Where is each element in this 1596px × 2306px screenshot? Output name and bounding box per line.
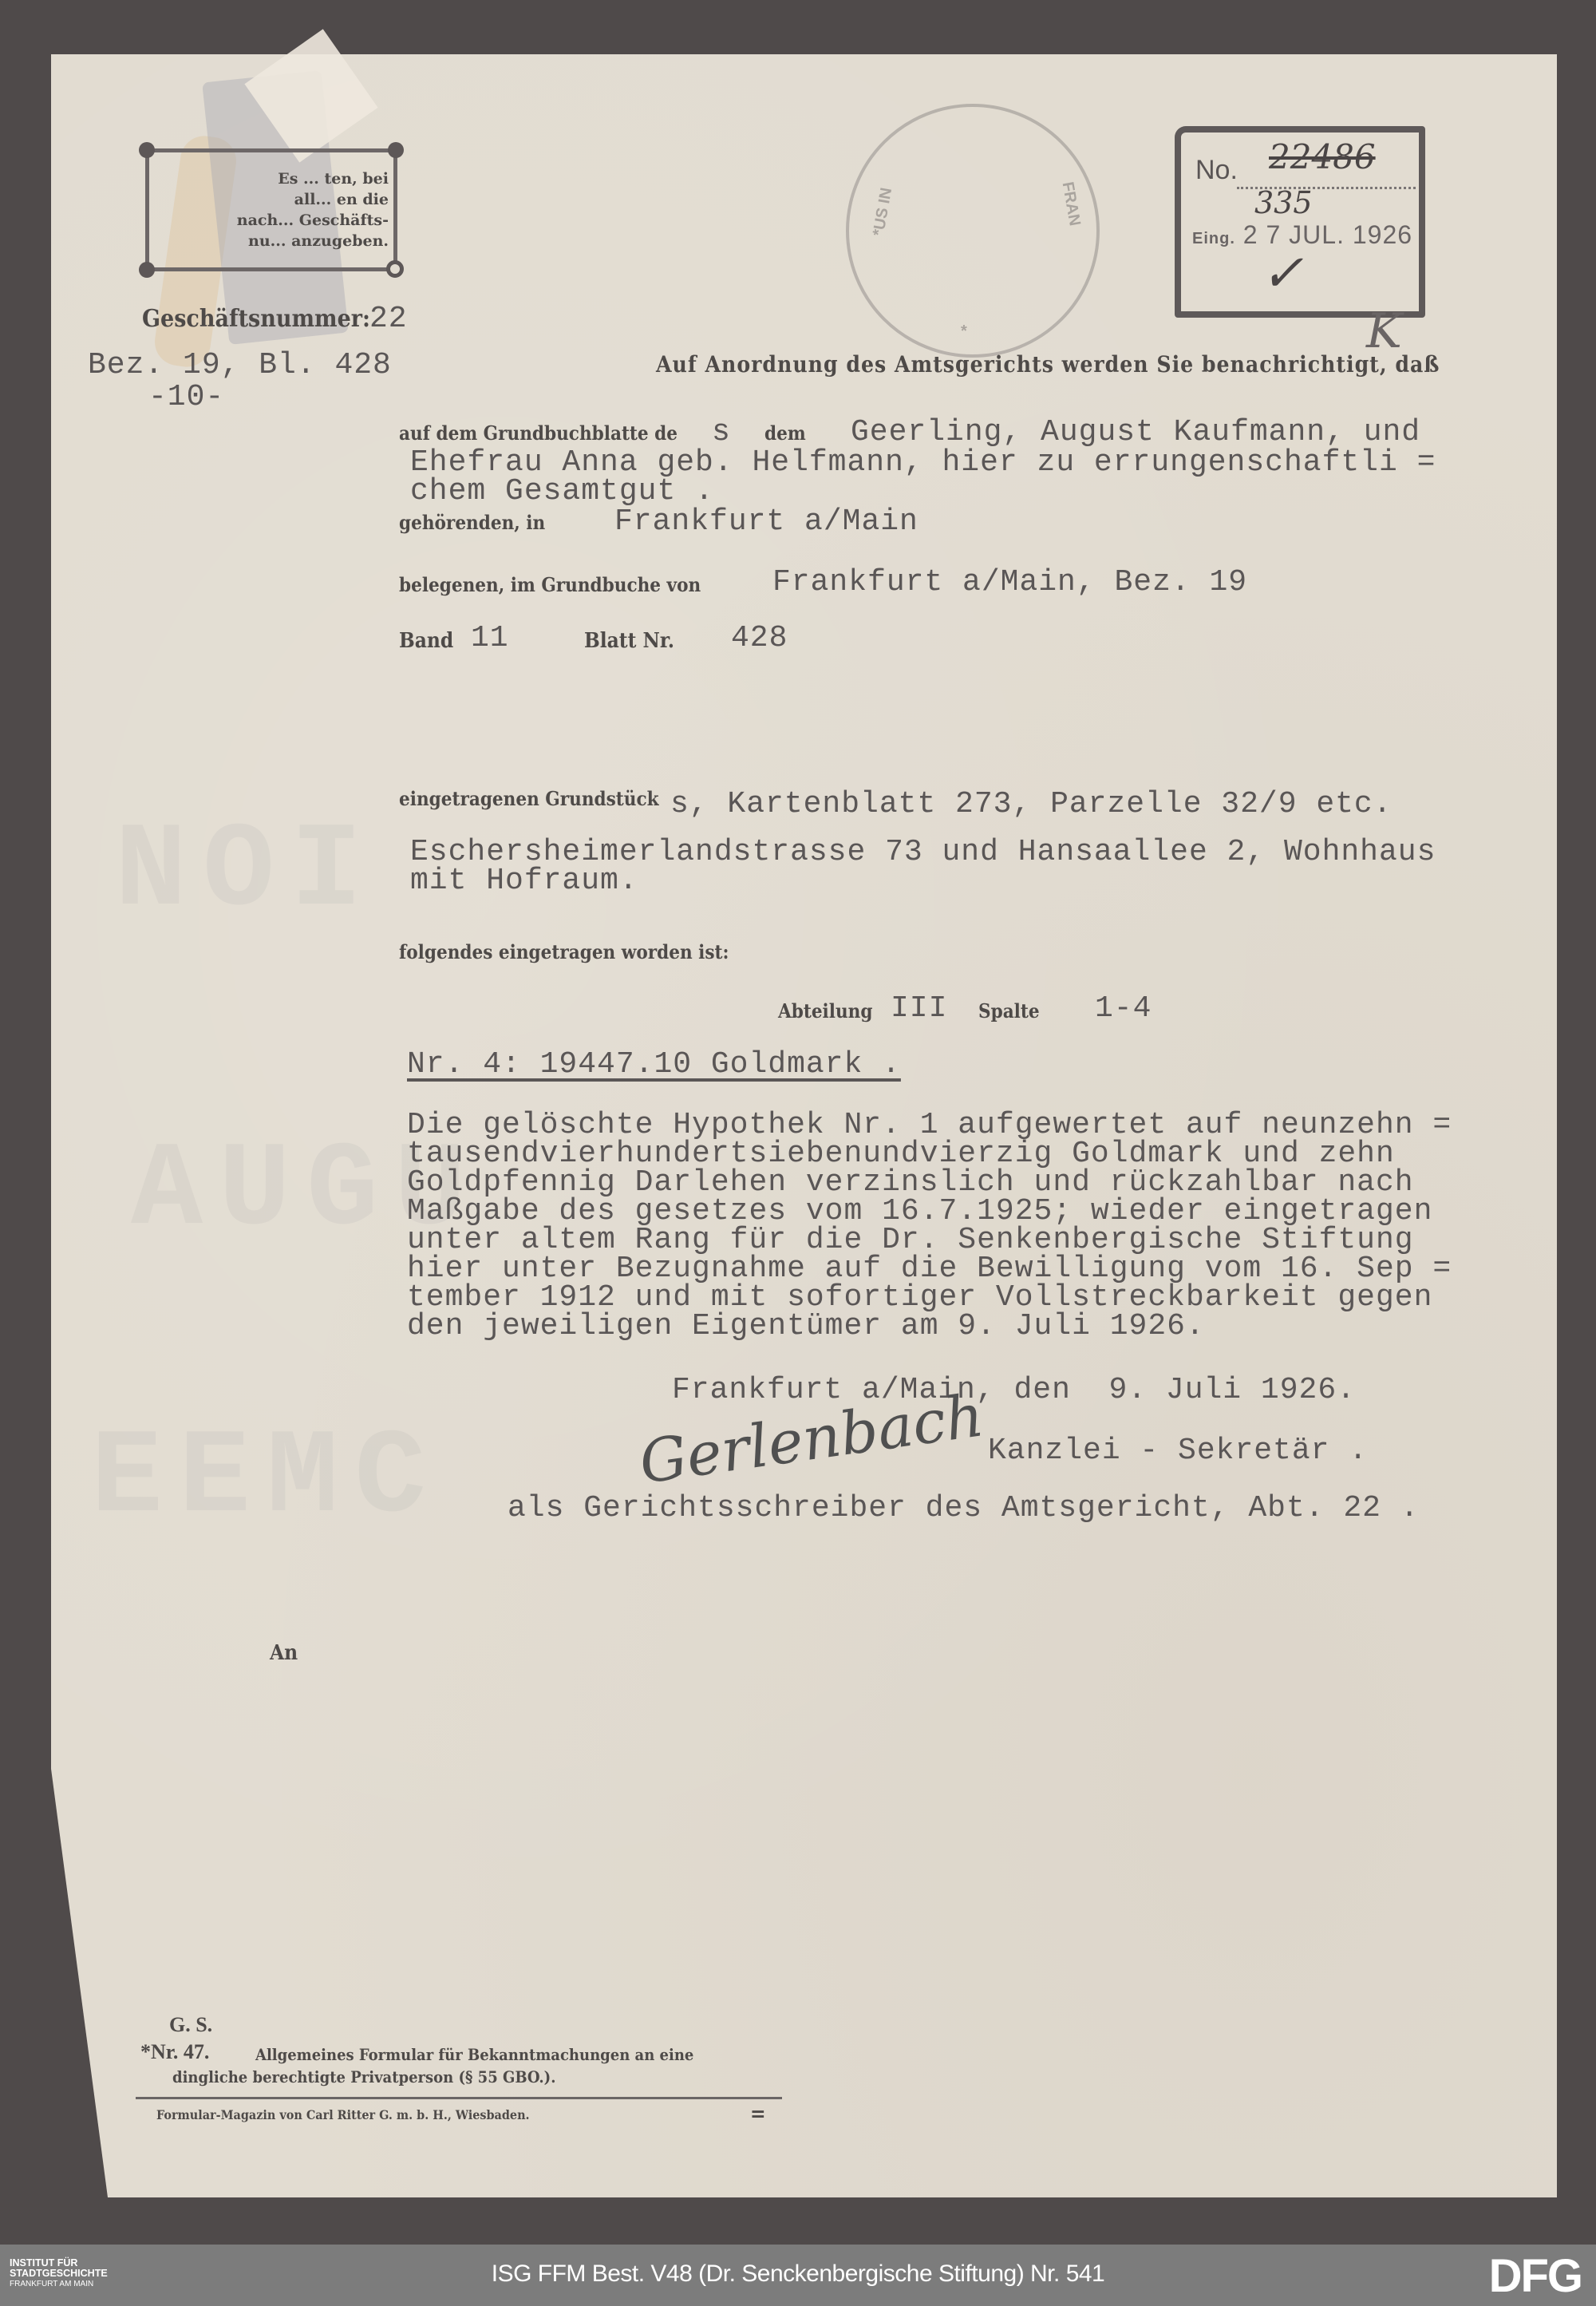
grundbuchblatte-suffix-s: s	[712, 417, 731, 449]
receipt-number: 22486	[1269, 137, 1376, 176]
geschaeftsnummer-value: 22	[369, 303, 408, 335]
receipt-no-label: No.	[1195, 155, 1238, 186]
instruction-text: Es ... ten, bei all... en die nach... Ge…	[173, 168, 389, 251]
blatt-value: 428	[731, 623, 788, 655]
band-value: 11	[471, 623, 509, 655]
box-corner-ornament	[139, 262, 155, 278]
belegenen-value: Frankfurt a/Main, Bez. 19	[772, 567, 1247, 599]
owner-line-1: Geerling, August Kaufmann, und	[851, 417, 1420, 449]
dfg-logo: DFG	[1489, 2254, 1582, 2299]
round-seal-stamp: *US IN FRAN *	[846, 104, 1100, 358]
archive-caption: ISG FFM Best. V48 (Dr. Senckenbergische …	[0, 2261, 1596, 2288]
form-mark: =	[750, 2102, 766, 2126]
entry-heading: Nr. 4: 19447.10 Goldmark .	[407, 1049, 901, 1081]
receipt-second-number: 335	[1254, 185, 1313, 220]
band-label: Band	[399, 629, 453, 653]
spalte-value: 1-4	[1095, 993, 1152, 1025]
box-corner-ornament	[386, 260, 404, 278]
blatt-label: Blatt Nr.	[584, 629, 674, 653]
entry-line: den jeweiligen Eigentümer am 9. Juli 192…	[407, 1311, 1205, 1343]
printer-line: Formular-Magazin von Carl Ritter G. m. b…	[156, 2107, 530, 2122]
form-number: *Nr. 47.	[140, 2040, 209, 2064]
signer-role: als Gerichtsschreiber des Amtsgericht, A…	[508, 1493, 1420, 1525]
file-subreference: -10-	[148, 382, 224, 413]
grundstueck-label: eingetragenen Grundstück	[399, 787, 659, 810]
viewer-footer-bar: INSTITUT FÜR STADTGESCHICHTE FRANKFURT A…	[0, 2245, 1596, 2306]
addressee-label: An	[270, 1641, 298, 1665]
receipt-stamp: No. 22486 335 Eing. 2 7 JUL. 1926 ✓	[1175, 126, 1425, 318]
grundbuchblatte-label: auf dem Grundbuchblatte de	[399, 421, 678, 445]
folgendes-label: folgendes eingetragen worden ist:	[399, 940, 729, 963]
form-divider	[136, 2097, 782, 2099]
spalte-label: Spalte	[978, 999, 1040, 1022]
owner-line-3: chem Gesamtgut .	[410, 476, 714, 508]
box-corner-ornament	[139, 142, 155, 158]
box-corner-ornament	[388, 142, 404, 158]
gehoerenden-label: gehörenden, in	[399, 511, 545, 534]
file-reference: Bez. 19, Bl. 428	[88, 350, 392, 382]
grundbuchblatte-suffix-dem: dem	[764, 421, 806, 445]
bleed-through-ghost: EEMC	[91, 1411, 442, 1547]
intro-line: Auf Anordnung des Amtsgerichts werden Si…	[656, 351, 1440, 378]
form-title-line-1: Allgemeines Formular für Bekanntmachunge…	[255, 2045, 693, 2064]
grundstueck-line-1: s, Kartenblatt 273, Parzelle 32/9 etc.	[670, 789, 1393, 821]
grundstueck-line-3: mit Hofraum.	[410, 865, 638, 897]
instruction-box: Es ... ten, bei all... en die nach... Ge…	[145, 148, 397, 271]
geschaeftsnummer-label: Geschäftsnummer:	[142, 305, 370, 333]
form-title-line-2: dingliche berechtigte Privatperson (§ 55…	[172, 2067, 555, 2086]
abteilung-label: Abteilung	[778, 999, 872, 1022]
place-date: Frankfurt a/Main, den 9. Juli 1926.	[672, 1375, 1356, 1406]
abteilung-value: III	[891, 993, 947, 1025]
belegenen-label: belegenen, im Grundbuche von	[399, 573, 701, 596]
gehoerenden-value: Frankfurt a/Main	[614, 506, 918, 538]
form-code: G. S.	[169, 2013, 212, 2037]
check-mark-icon: ✓	[1261, 244, 1304, 303]
bleed-through-ghost: NOI	[115, 805, 378, 940]
signer-title: Kanzlei - Sekretär .	[988, 1435, 1368, 1467]
